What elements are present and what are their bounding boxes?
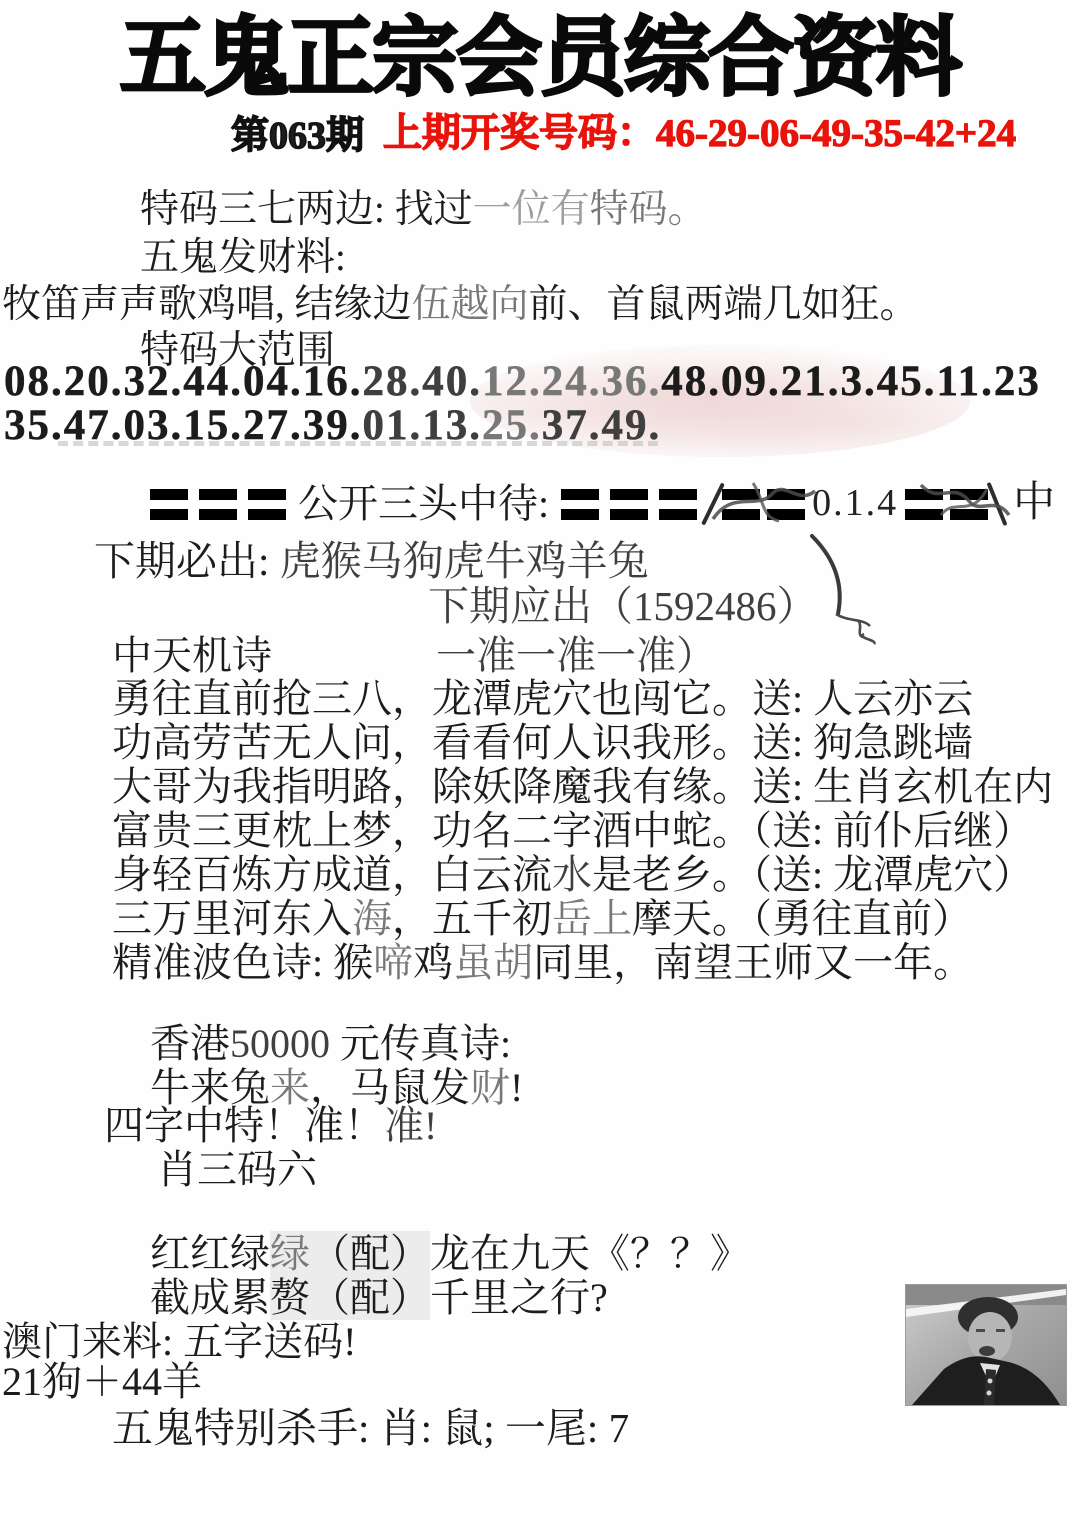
line-xiao-sanma: 肖三码六 <box>157 1148 317 1191</box>
line-poem-6: 三万里河东入海，五千初岳上摩天。（勇往直前） <box>112 897 972 940</box>
text-segment: 龙在九天《？？》 <box>430 1231 750 1276</box>
text-segment: 红红绿 <box>150 1231 270 1276</box>
line-tema-sides: 特码三七两边: 找过一位有特码。 <box>140 189 707 231</box>
redaction-bar <box>659 489 697 520</box>
redaction-bar <box>561 489 599 520</box>
text-segment: 五鬼发财料: <box>140 236 346 279</box>
text-segment: 48.09.21.3.45.11.23 <box>661 358 1041 405</box>
line-poem-5: 身轻百炼方成道，白云流水是老乡。（送: 龙潭虎穴） <box>112 853 1033 896</box>
text-segment: 21狗＋44羊 <box>2 1359 202 1404</box>
line-jiecheng: 截成累赘（配）千里之行? <box>150 1276 608 1319</box>
redaction-bar <box>905 489 943 520</box>
text-segment: 50000 <box>230 1021 330 1066</box>
text-segment: 香港 <box>150 1021 230 1066</box>
text-segment: 虽胡 <box>453 940 533 985</box>
text-segment: 28.40. <box>363 358 483 405</box>
text-segment: 元传真诗: <box>330 1021 511 1066</box>
text-segment: 08.20.32.44.04.16. <box>4 358 363 405</box>
line-numbers-1: 08.20.32.44.04.16.28.40.12.24.36.48.09.2… <box>4 359 1041 405</box>
faint-dashed-line <box>58 441 658 446</box>
text-segment: 绿 <box>270 1231 310 1276</box>
redaction-code: 0.1.4 <box>812 483 898 524</box>
redaction-bar <box>610 489 648 520</box>
redaction-bar <box>150 489 188 520</box>
line-bose-poem: 精准波色诗: 猴啼鸡虽胡同里，南望王师又一年。 <box>112 941 973 984</box>
text-segment: 赘 <box>270 1275 310 1320</box>
line-red-green: 红红绿绿（配）龙在九天《？？》 <box>150 1232 750 1275</box>
text-segment: 中天机诗 <box>112 633 272 678</box>
text-segment: 水 <box>552 852 592 897</box>
line-macau: 澳门来料: 五字送码! <box>2 1320 356 1363</box>
man-in-suit-photo <box>905 1284 1067 1406</box>
text-segment: 下期必出: <box>94 538 280 584</box>
text-segment: 是老乡。（送: 龙潭虎穴） <box>592 852 1033 897</box>
text-segment: 岳上 <box>552 896 632 941</box>
redaction-bar <box>248 489 286 520</box>
redaction-suffix: 中 <box>1013 481 1055 526</box>
text-segment: ，五千初 <box>392 896 552 941</box>
line-poem-2: 功高劳苦无人问，看看何人识我形。送: 狗急跳墙 <box>112 721 973 764</box>
text-segment: 虎猴马狗虎牛鸡羊兔 <box>280 538 649 584</box>
text-segment: 摩天。（勇往直前） <box>632 896 972 941</box>
redaction-bar <box>767 489 805 520</box>
line-tianji-right: 一准一准一准） <box>436 634 716 677</box>
line-four-char: 四字中特！准！准! <box>104 1104 437 1147</box>
line-tianji-header: 中天机诗 <box>112 634 272 677</box>
scribbled-cluster: 0.1.4 <box>709 481 1001 527</box>
redaction-bar <box>722 489 760 520</box>
text-segment: 千里之行? <box>430 1275 608 1320</box>
redacted-row: 公开三头中待: 0.1.4 中 <box>150 482 1055 526</box>
text-segment: 功高劳苦无人问，看看何人识我形。送: 狗急跳墙 <box>112 720 973 765</box>
text-segment: 前、首鼠两端几如狂。 <box>529 283 919 326</box>
redaction-bars <box>150 489 286 520</box>
line-poem-4: 富贵三更枕上梦，功名二字酒中蛇。（送: 前仆后继） <box>112 809 1033 852</box>
last-draw-numbers: 上期开奖号码：46-29-06-49-35-42+24 <box>383 113 1016 155</box>
text-segment: （配） <box>310 1231 430 1276</box>
text-segment: 特码三七两边: 找过 <box>140 188 473 231</box>
text-segment: 特码。 <box>590 188 707 231</box>
text-segment: 海 <box>352 896 392 941</box>
text-segment: （配） <box>310 1275 430 1320</box>
text-segment: 一准一准一准） <box>436 633 716 678</box>
line-wugui-header: 五鬼发财料: <box>140 237 346 279</box>
text-segment: 勇往直前抢三八，龙潭虎穴也闯它。送: 人云亦云 <box>112 676 973 721</box>
text-segment: ! <box>510 1065 523 1110</box>
text-segment: 富贵三更枕上梦，功名二字酒中蛇。（送: 前仆后继） <box>112 808 1033 853</box>
page-title: 五鬼正宗会员综合资料 <box>120 12 960 105</box>
redaction-bar <box>199 489 237 520</box>
text-segment: 三万里河东入 <box>112 896 352 941</box>
text-segment: 伍越向 <box>412 283 529 326</box>
text-segment: 啼 <box>373 940 413 985</box>
text-segment: 澳门来料: 五字送码! <box>2 1319 356 1364</box>
line-dog-goat: 21狗＋44羊 <box>2 1360 202 1403</box>
text-segment: 肖三码六 <box>157 1147 317 1192</box>
backslash-mark <box>987 482 1008 526</box>
text-segment: 截成累 <box>150 1275 270 1320</box>
text-segment: 身轻百炼方成道，白云流 <box>112 852 552 897</box>
line-next-must: 下期必出: 虎猴马狗虎牛鸡羊兔 <box>94 539 649 583</box>
text-segment: 准! <box>384 1103 437 1148</box>
line-poem-3: 大哥为我指明路，除妖降魔我有缘。送: 生肖玄机在内 <box>112 765 1053 808</box>
text-segment: 牧笛声声歌鸡唱, 结缘边 <box>2 283 412 326</box>
redaction-bar <box>950 489 988 520</box>
line-next-should: 下期应出（1592486） <box>428 584 818 628</box>
redaction-bars <box>561 489 697 520</box>
text-segment: 大哥为我指明路，除妖降魔我有缘。送: 生肖玄机在内 <box>112 764 1053 809</box>
text-segment: 同里，南望王师又一年。 <box>533 940 973 985</box>
issue-number: 第063期 <box>231 116 364 157</box>
line-hk-header: 香港50000 元传真诗: <box>150 1022 511 1065</box>
text-segment: 下期应出（1592486） <box>428 583 818 629</box>
text-segment: 财 <box>470 1065 510 1110</box>
text-segment: 四字中特！准！ <box>104 1103 384 1148</box>
line-poem-1: 勇往直前抢三八，龙潭虎穴也闯它。送: 人云亦云 <box>112 677 973 720</box>
text-segment: 五鬼特别杀手: 肖: 鼠; 一尾: 7 <box>112 1405 629 1451</box>
text-segment: 精准波色诗: 猴 <box>112 940 373 985</box>
text-segment: 12.24.36. <box>482 358 661 405</box>
text-segment: 鸡 <box>413 940 453 985</box>
redaction-label: 公开三头中待: <box>298 482 549 525</box>
lottery-tip-sheet: 五鬼正宗会员综合资料 第063期 上期开奖号码：46-29-06-49-35-4… <box>0 0 1080 1527</box>
line-mudi-poem: 牧笛声声歌鸡唱, 结缘边伍越向前、首鼠两端几如狂。 <box>2 284 919 326</box>
line-killer: 五鬼特别杀手: 肖: 鼠; 一尾: 7 <box>112 1406 629 1450</box>
text-segment: 一位有 <box>473 188 590 231</box>
